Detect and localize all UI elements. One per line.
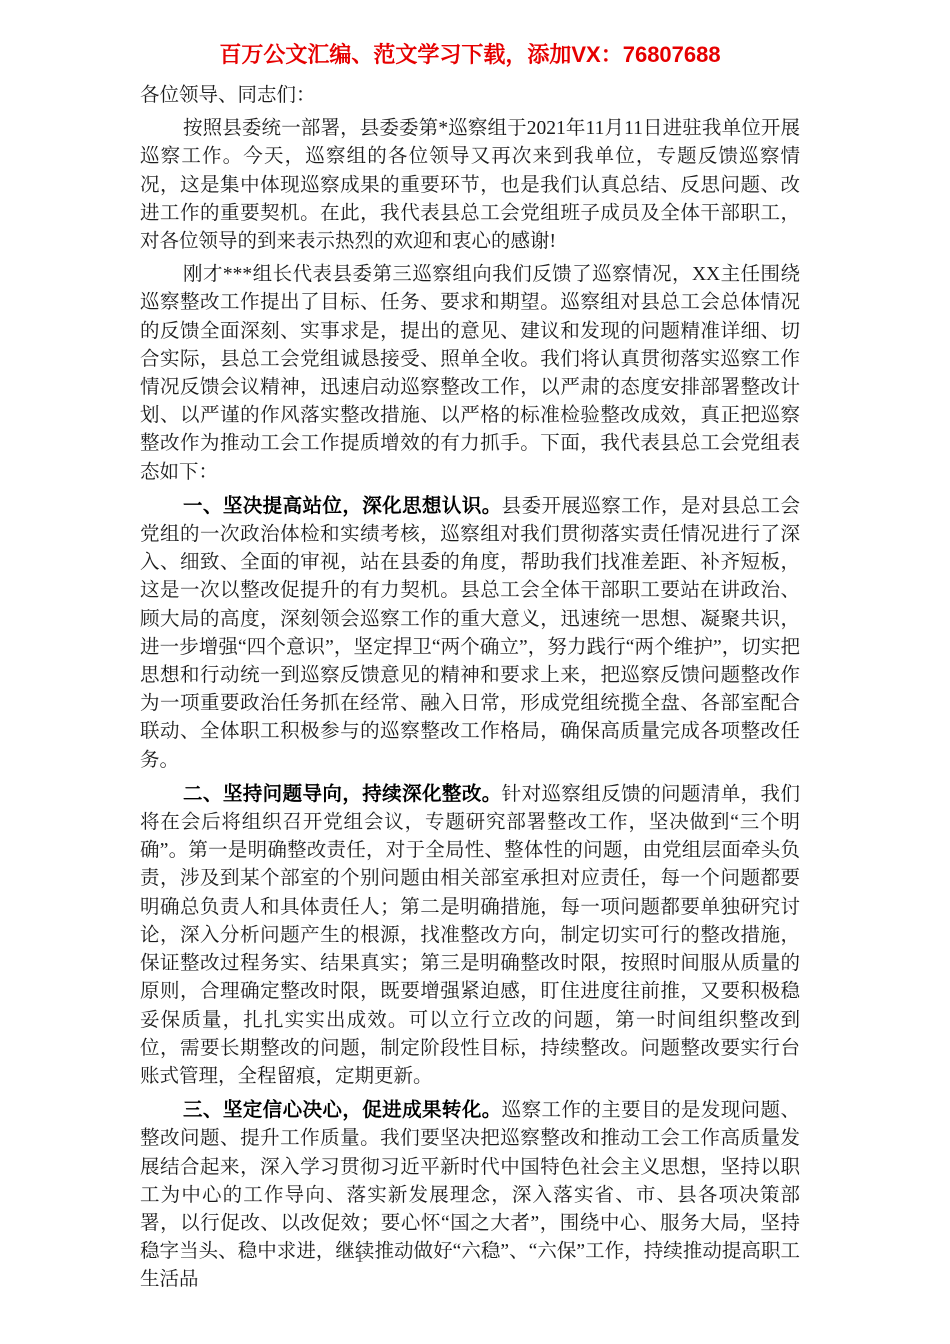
promo-banner-text: 百万公文汇编、范文学习下载，添加VX：76807688 [140,40,800,70]
document-body: 各位领导、同志们： 按照县委统一部署，县委委第*巡察组于2021年11月11日进… [140,82,800,1300]
section-1: 一、坚决提高站位，深化思想认识。县委开展巡察工作，是对县总工会党组的一次政治体检… [140,492,800,775]
section-1-heading: 一、坚决提高站位，深化思想认识。 [183,495,502,517]
paragraph-feedback: 刚才***组长代表县委第三巡察组向我们反馈了巡察情况，XX主任围绕巡察整改工作提… [140,261,800,487]
section-2: 二、坚持问题导向，持续深化整改。针对巡察组反馈的问题清单，我们将在会后将组织召开… [140,780,800,1091]
section-2-heading: 二、坚持问题导向，持续深化整改。 [183,783,502,805]
section-1-text: 县委开展巡察工作，是对县总工会党组的一次政治体检和实绩考核，巡察组对我们贯彻落实… [140,496,800,771]
page-number: 1 [356,1248,364,1268]
document-page: 百万公文汇编、范文学习下载，添加VX：76807688 各位领导、同志们： 按照… [0,0,950,1344]
salutation: 各位领导、同志们： [140,82,800,110]
section-3-text: 巡察工作的主要目的是发现问题、整改问题、提升工作质量。我们要坚决把巡察整改和推动… [140,1100,800,1290]
section-3-heading: 三、坚定信心决心，促进成果转化。 [183,1099,502,1121]
section-3: 三、坚定信心决心，促进成果转化。巡察工作的主要目的是发现问题、整改问题、提升工作… [140,1096,800,1294]
paragraph-intro: 按照县委统一部署，县委委第*巡察组于2021年11月11日进驻我单位开展巡察工作… [140,115,800,256]
section-2-text: 针对巡察组反馈的问题清单，我们将在会后将组织召开党组会议，专题研究部署整改工作，… [140,784,800,1087]
